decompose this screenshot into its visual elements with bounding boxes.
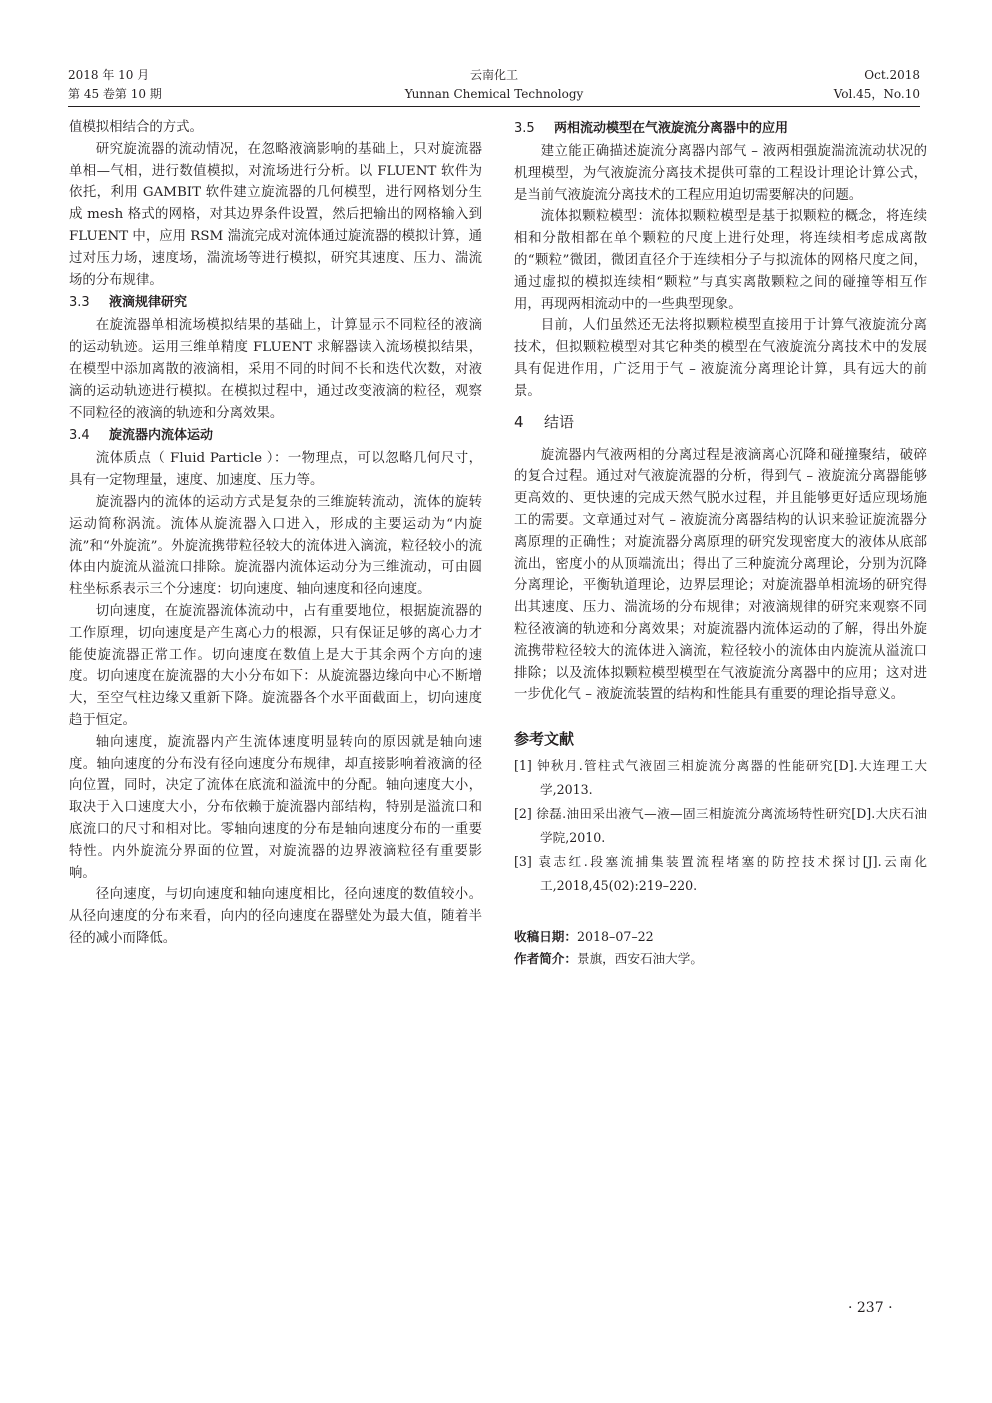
reference-item: [3] 袁志红.段塞流捕集装置流程堵塞的防控技术探讨[J].云南化工,2018,… <box>514 850 927 898</box>
running-header: 2018 年 10 月 第 45 卷第 10 期 云南化工 Yunnan Che… <box>68 64 920 107</box>
header-date-en: Oct.2018 <box>864 66 920 84</box>
section-title: 液滴规律研究 <box>109 295 187 310</box>
page-number: · 237 · <box>848 1300 893 1316</box>
header-volume-en: Vol.45，No.10 <box>834 85 920 103</box>
section-title: 结语 <box>544 413 574 431</box>
paragraph: 值模拟相结合的方式。 <box>69 117 482 139</box>
right-column: 3.5两相流动模型在气液旋流分离器中的应用 建立能正确描述旋流分离器内部气 – … <box>514 117 927 970</box>
paragraph: 在旋流器单相流场模拟结果的基础上，计算显示不同粒径的液滴的运动轨迹。运用三维单精… <box>69 315 482 424</box>
section-number: 3.3 <box>69 291 109 315</box>
header-journal-en: Yunnan Chemical Technology <box>68 85 920 103</box>
reference-item: [1] 钟秋月.管柱式气液固三相旋流分离器的性能研究[D].大连理工大学,201… <box>514 754 927 802</box>
paragraph: 旋流器内气液两相的分离过程是液滴离心沉降和碰撞聚结，破碎的复合过程。通过对气液旋… <box>514 445 927 707</box>
paragraph: 目前，人们虽然还无法将拟颗粒模型直接用于计算气液旋流分离技术，但拟颗粒模型对其它… <box>514 315 927 402</box>
author-info: 作者简介：景旗，西安石油大学。 <box>514 948 927 970</box>
received-value: 2018–07–22 <box>577 929 654 944</box>
header-journal-cn: 云南化工 <box>68 66 920 84</box>
left-column: 值模拟相结合的方式。 研究旋流器的流动情况，在忽略液滴影响的基础上，只对旋流器单… <box>69 117 482 950</box>
paragraph: 流体质点（ Fluid Particle ）：一物理点，可以忽略几何尺寸，具有一… <box>69 448 482 492</box>
paragraph: 研究旋流器的流动情况，在忽略液滴影响的基础上，只对旋流器单相—气相，进行数值模拟… <box>69 139 482 292</box>
section-title: 两相流动模型在气液旋流分离器中的应用 <box>554 121 788 136</box>
section-number: 4 <box>514 411 544 433</box>
references-heading: 参考文献 <box>514 728 927 750</box>
paragraph: 轴向速度，旋流器内产生流体速度明显转向的原因就是轴向速度。轴向速度的分布没有径向… <box>69 732 482 885</box>
paragraph: 切向速度，在旋流器流体流动中，占有重要地位，根据旋流器的工作原理，切向速度是产生… <box>69 601 482 732</box>
article-meta: 收稿日期：2018–07–22 作者简介：景旗，西安石油大学。 <box>514 926 927 970</box>
section-heading-4: 4结语 <box>514 411 927 433</box>
reference-item: [2] 徐磊.油田采出液气—液—固三相旋流分离流场特性研究[D].大庆石油学院,… <box>514 802 927 850</box>
paragraph: 旋流器内的流体的运动方式是复杂的三维旋转流动，流体的旋转运动简称涡流。流体从旋流… <box>69 492 482 601</box>
author-value: 景旗，西安石油大学。 <box>577 951 703 966</box>
section-heading-3-3: 3.3液滴规律研究 <box>69 291 482 315</box>
author-label: 作者简介： <box>514 951 577 966</box>
section-heading-3-4: 3.4旋流器内流体运动 <box>69 424 482 448</box>
section-number: 3.5 <box>514 117 554 141</box>
paragraph: 建立能正确描述旋流分离器内部气 – 液两相强旋湍流流动状况的机理模型，为气液旋流… <box>514 141 927 206</box>
section-number: 3.4 <box>69 424 109 448</box>
section-title: 旋流器内流体运动 <box>109 428 213 443</box>
section-heading-3-5: 3.5两相流动模型在气液旋流分离器中的应用 <box>514 117 927 141</box>
received-label: 收稿日期： <box>514 929 577 944</box>
received-date: 收稿日期：2018–07–22 <box>514 926 927 948</box>
paragraph: 流体拟颗粒模型：流体拟颗粒模型是基于拟颗粒的概念，将连续相和分散相都在单个颗粒的… <box>514 206 927 315</box>
paragraph: 径向速度，与切向速度和轴向速度相比，径向速度的数值较小。从径向速度的分布来看，向… <box>69 884 482 949</box>
